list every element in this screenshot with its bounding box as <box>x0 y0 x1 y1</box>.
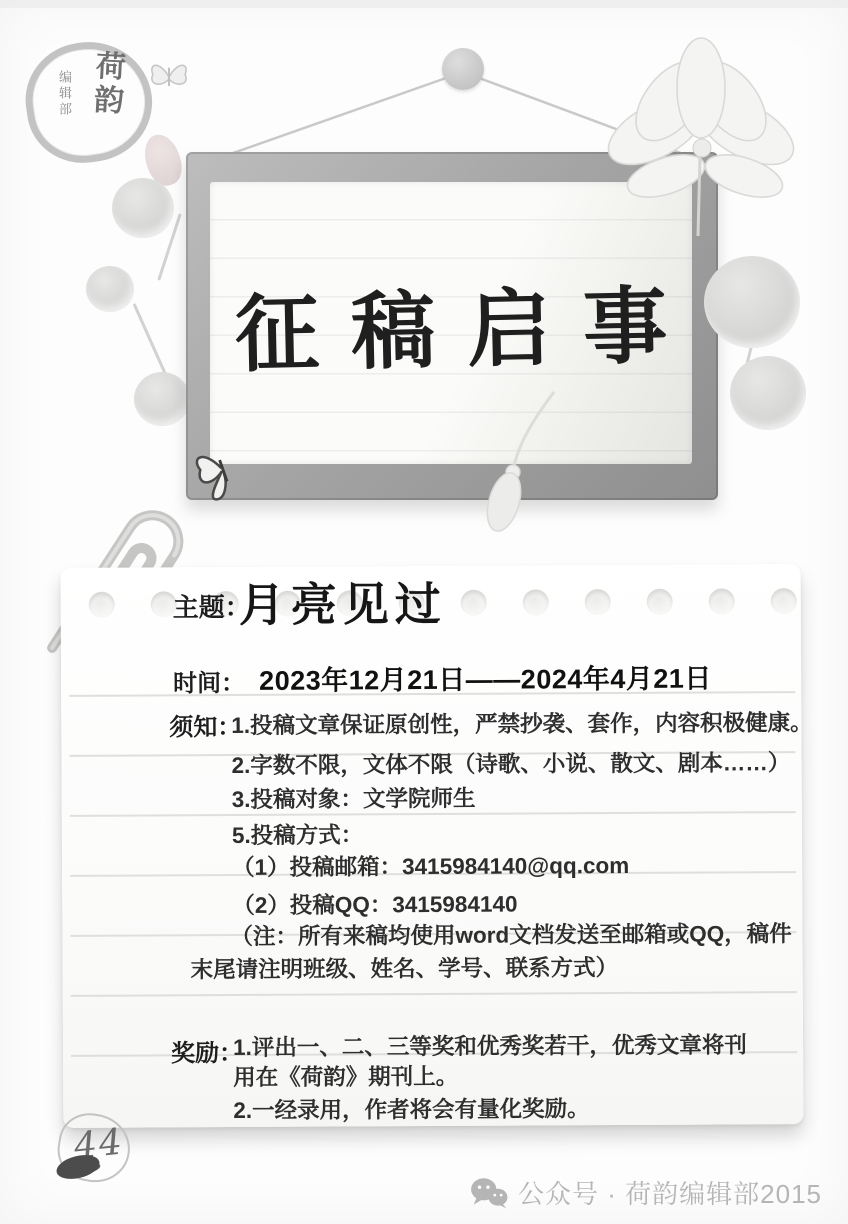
notice-item: 2.字数不限，文体不限（诗歌、小说、散文、剧本……） <box>231 745 790 780</box>
pin-icon <box>442 48 484 90</box>
photo-edge <box>0 0 848 8</box>
brand-seal: 荷韵 编辑部 <box>26 38 158 170</box>
notice-item: 1.投稿文章保证原创性，严禁抄袭、套作，内容积极健康。 <box>231 705 812 740</box>
lotus-flower-icon <box>596 26 796 241</box>
lotus-leaf-icon <box>86 266 134 312</box>
punch-hole <box>585 589 611 615</box>
punch-hole <box>461 590 487 616</box>
tassel-decoration <box>470 388 580 533</box>
board-title: 征稿启事 <box>234 258 700 389</box>
reward-item: 1.评出一、二、三等奖和优秀奖若干，优秀文章将刊用在《荷韵》期刊上。 <box>233 1030 767 1093</box>
punch-hole <box>647 589 673 615</box>
notice-item: （2）投稿QQ：3415984140 <box>232 887 517 920</box>
theme-value: 月亮见过 <box>239 568 447 635</box>
notice-item: （1）投稿邮箱：3415984140@qq.com <box>232 848 629 882</box>
punch-hole <box>89 592 115 618</box>
notepad: 主题： 月亮见过 时间： 2023年12月21日——2024年4月21日 须知：… <box>61 564 804 1128</box>
leaf-stem <box>133 303 171 383</box>
wechat-icon <box>470 1177 508 1209</box>
wechat-watermark: 公众号 · 荷韵编辑部2015 <box>470 1174 822 1211</box>
notice-item: 5.投稿方式： <box>232 817 363 850</box>
reward-item: 2.一经录用，作者将会有量化奖励。 <box>233 1091 589 1125</box>
lotus-leaf-icon <box>134 372 190 426</box>
notice-item: 3.投稿对象：文学院师生 <box>232 781 476 814</box>
punch-hole <box>771 588 797 614</box>
watermark-text: 公众号 · 荷韵编辑部2015 <box>518 1174 822 1211</box>
time-label: 时间： <box>173 663 245 698</box>
punch-hole <box>523 589 549 615</box>
ruled-line <box>71 991 797 997</box>
punch-hole <box>709 588 735 614</box>
seal-subtitle: 编辑部 <box>54 70 73 118</box>
lotus-leaf-icon <box>730 356 806 430</box>
time-value: 2023年12月21日——2024年4月21日 <box>259 657 712 698</box>
poster-canvas: 荷韵 编辑部 征稿启事 <box>0 0 848 1224</box>
lotus-leaf-icon <box>704 256 800 348</box>
lotus-leaf-icon <box>112 178 174 238</box>
seal-title: 荷韵 <box>82 49 129 119</box>
page-number-badge: 44 <box>54 1112 134 1186</box>
notice-item: （注：所有来稿均使用word文档发送至邮箱或QQ，稿件末尾请注明班级、姓名、学号… <box>190 917 810 986</box>
